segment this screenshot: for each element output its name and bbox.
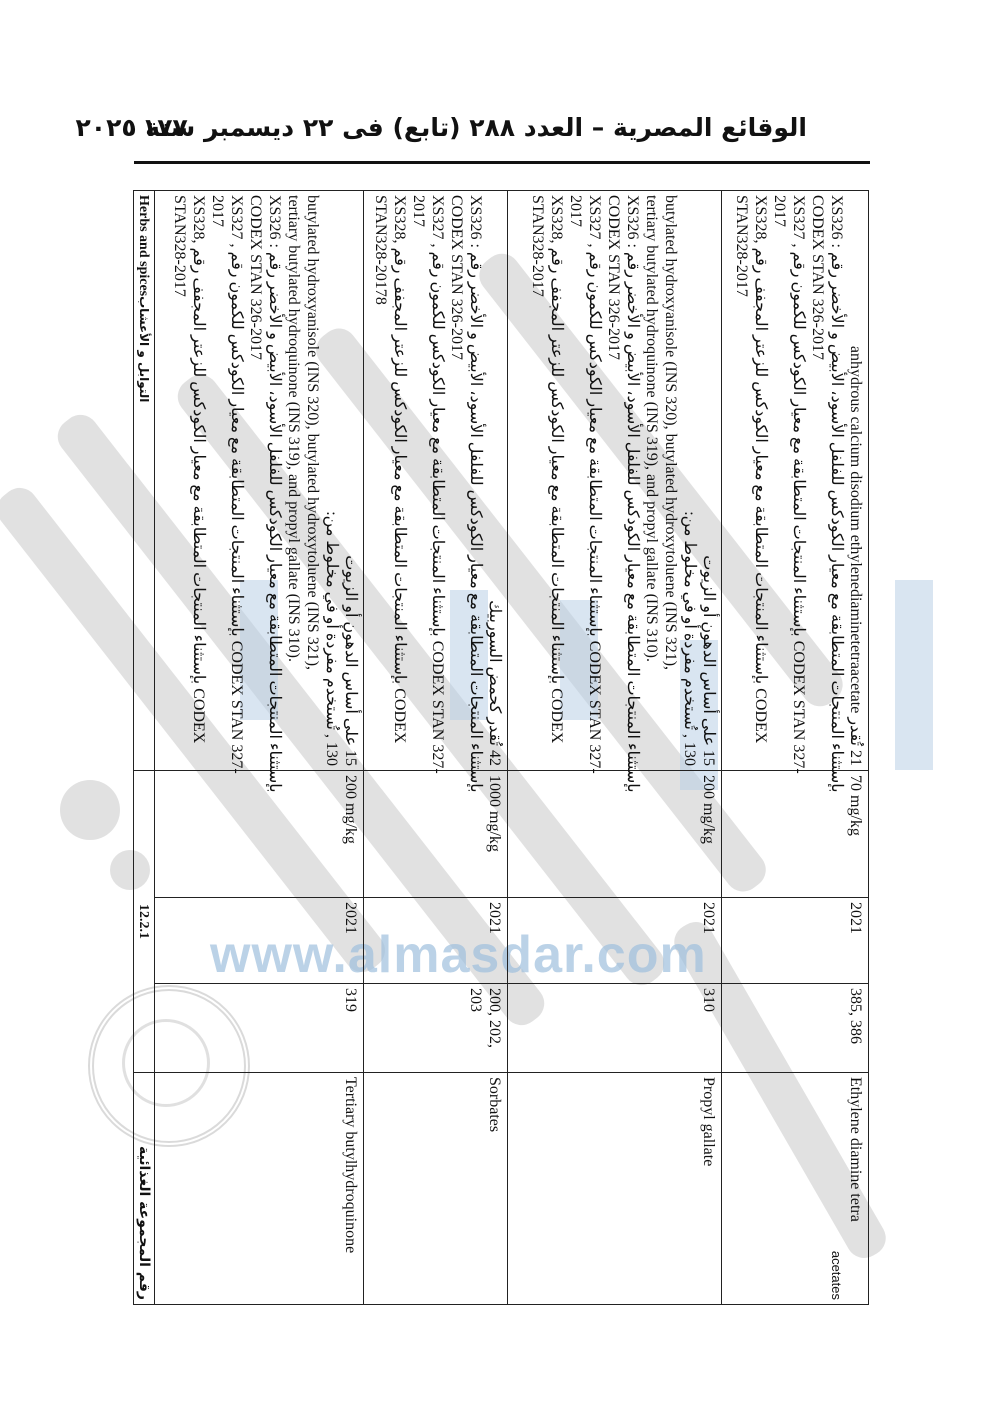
additive-name: Sorbates [486, 1077, 503, 1132]
adoption-year: 2021 [486, 902, 503, 934]
max-level-cell: 200 mg/kg [155, 771, 364, 898]
additive-name-continued: acetates [827, 1077, 846, 1300]
note-line: 2017 [566, 195, 585, 766]
notes-cell: 15 على أساس الدهون أو الزيوت130 , تُستخد… [155, 191, 364, 771]
note-line: CODEX STAN 326-2017 [246, 195, 265, 766]
food-group-number: 12.2.1 [134, 771, 155, 1073]
note-line: 15 على أساس الدهون أو الزيوت [341, 195, 360, 766]
note-line: tertiary butylated hydroquinone (INS 319… [642, 195, 661, 766]
note-line: butylated hydroxyanisole (INS 320), buty… [303, 195, 322, 766]
notes-cell: 15 على أساس الدهون أو الزيوت130 , تُستخد… [508, 191, 722, 771]
note-line: XS327 , بإستثناء المنتجات المتطابقة مع م… [585, 195, 604, 766]
note-line: XS326 : بإستثناء المنتجات المتطابقة مع م… [623, 195, 642, 766]
food-additive-table: Ethylene diamine tetra acetates 385, 386… [133, 190, 869, 1305]
note-line: 130 , تُستخدم مفردة أو في مخلوط من: [322, 195, 341, 766]
ins-number-cell: 319 [155, 984, 364, 1073]
note-line: STAN328-2017 [732, 195, 751, 766]
table-row: Sorbates 200, 202, 203 2021 1000 mg/kg 4… [364, 191, 508, 1305]
note-line: STAN328-2017 [528, 195, 547, 766]
year-cell: 2021 [155, 898, 364, 984]
max-level-cell: 200 mg/kg [508, 771, 722, 898]
food-group-row: رقم المجموعة الغذائية12.2.1Herbs and spi… [134, 191, 155, 1305]
note-line: STAN328-20178 [371, 195, 390, 766]
ins-number: 310 [700, 988, 717, 1012]
rotated-table-container: Ethylene diamine tetra acetates 385, 386… [134, 190, 869, 1304]
ins-number-cell: 385, 386 [722, 984, 869, 1073]
year-cell: 2021 [364, 898, 508, 984]
note-line: XS327 , بإستثناء المنتجات المتطابقة مع م… [789, 195, 808, 766]
note-line: 130 , تُستخدم مفردة أو في مخلوط من: [680, 195, 699, 766]
note-line: CODEX STAN 326-2017 [808, 195, 827, 766]
note-line: 2017 [770, 195, 789, 766]
food-category-ar: التوابل و الأعشاب [138, 296, 152, 402]
note-line: butylated hydroxyanisole (INS 320), buty… [661, 195, 680, 766]
note-line: CODEX STAN 326-2017 [604, 195, 623, 766]
note-line: 21 تُقدر anhydrous calcium disodium ethy… [846, 195, 865, 766]
ins-number: 319 [342, 988, 359, 1012]
additive-name-cell: Propyl gallate [508, 1073, 722, 1305]
adoption-year: 2021 [847, 902, 864, 934]
year-cell: 2021 [722, 898, 869, 984]
header-divider [134, 161, 870, 164]
additive-name-cell: Ethylene diamine tetra acetates [722, 1073, 869, 1305]
additive-name: Ethylene diamine tetra [847, 1077, 864, 1222]
note-line: 42 تُقدر كحمض السوربيك [485, 195, 504, 766]
note-line: XS326 : بإستثناء المنتجات المتطابقة مع م… [466, 195, 485, 766]
note-line: CODEX STAN 326-2017 [447, 195, 466, 766]
note-line: XS326 : بإستثناء المنتجات المتطابقة مع م… [827, 195, 846, 766]
max-level: 200 mg/kg [342, 775, 359, 844]
additive-name-cell: Tertiary butylhydroquinone [155, 1073, 364, 1305]
max-level-cell: 1000 mg/kg [364, 771, 508, 898]
note-line: XS328, بإستثناء المنتجات المتطابقة مع مع… [390, 195, 409, 766]
food-category-en: Herbs and spices [137, 195, 152, 296]
page-header: الوقائع المصرية – العدد ٢٨٨ (تابع) فى ٢٢… [134, 108, 869, 148]
table-row: Tertiary butylhydroquinone 319 2021 200 … [155, 191, 364, 1305]
max-level: 200 mg/kg [700, 775, 717, 844]
additive-name: Propyl gallate [700, 1077, 717, 1166]
notes-cell: 21 تُقدر anhydrous calcium disodium ethy… [722, 191, 869, 771]
note-line: 2017 [208, 195, 227, 766]
adoption-year: 2021 [342, 902, 359, 934]
watermark-stroke [60, 780, 120, 840]
food-group-label: رقم المجموعة الغذائية [134, 1073, 155, 1305]
note-line: XS328, بإستثناء المنتجات المتطابقة مع مع… [189, 195, 208, 766]
note-line: XS328, بإستثناء المنتجات المتطابقة مع مع… [547, 195, 566, 766]
note-line: XS326 : بإستثناء المنتجات المتطابقة مع م… [265, 195, 284, 766]
max-level: 1000 mg/kg [486, 775, 503, 852]
ins-number: 200, 202, 203 [467, 988, 503, 1048]
year-cell: 2021 [508, 898, 722, 984]
ins-number-cell: 310 [508, 984, 722, 1073]
additive-name: Tertiary butylhydroquinone [342, 1077, 359, 1253]
max-level: 70 mg/kg [847, 775, 864, 836]
note-line: XS327 , بإستثناء المنتجات المتطابقة مع م… [227, 195, 246, 766]
table-row: Propyl gallate 310 2021 200 mg/kg 15 على… [508, 191, 722, 1305]
additive-name-cell: Sorbates [364, 1073, 508, 1305]
note-line: 15 على أساس الدهون أو الزيوت [699, 195, 718, 766]
table-row: Ethylene diamine tetra acetates 385, 386… [722, 191, 869, 1305]
food-category-cell: Herbs and spicesالتوابل و الأعشاب [134, 191, 155, 771]
note-line: STAN328-2017 [170, 195, 189, 766]
notes-cell: 42 تُقدر كحمض السوربيكXS326 : بإستثناء ا… [364, 191, 508, 771]
note-line: XS328, بإستثناء المنتجات المتطابقة مع مع… [751, 195, 770, 766]
max-level-cell: 70 mg/kg [722, 771, 869, 898]
note-line: XS327 , بإستثناء المنتجات المتطابقة مع م… [428, 195, 447, 766]
adoption-year: 2021 [700, 902, 717, 934]
page-number: ١٧٧ [142, 108, 188, 148]
note-line: 2017 [409, 195, 428, 766]
watermark-block [895, 580, 933, 770]
ins-number: 385, 386 [847, 988, 864, 1044]
note-line: tertiary butylated hydroquinone (INS 319… [284, 195, 303, 766]
ins-number-cell: 200, 202, 203 [364, 984, 508, 1073]
